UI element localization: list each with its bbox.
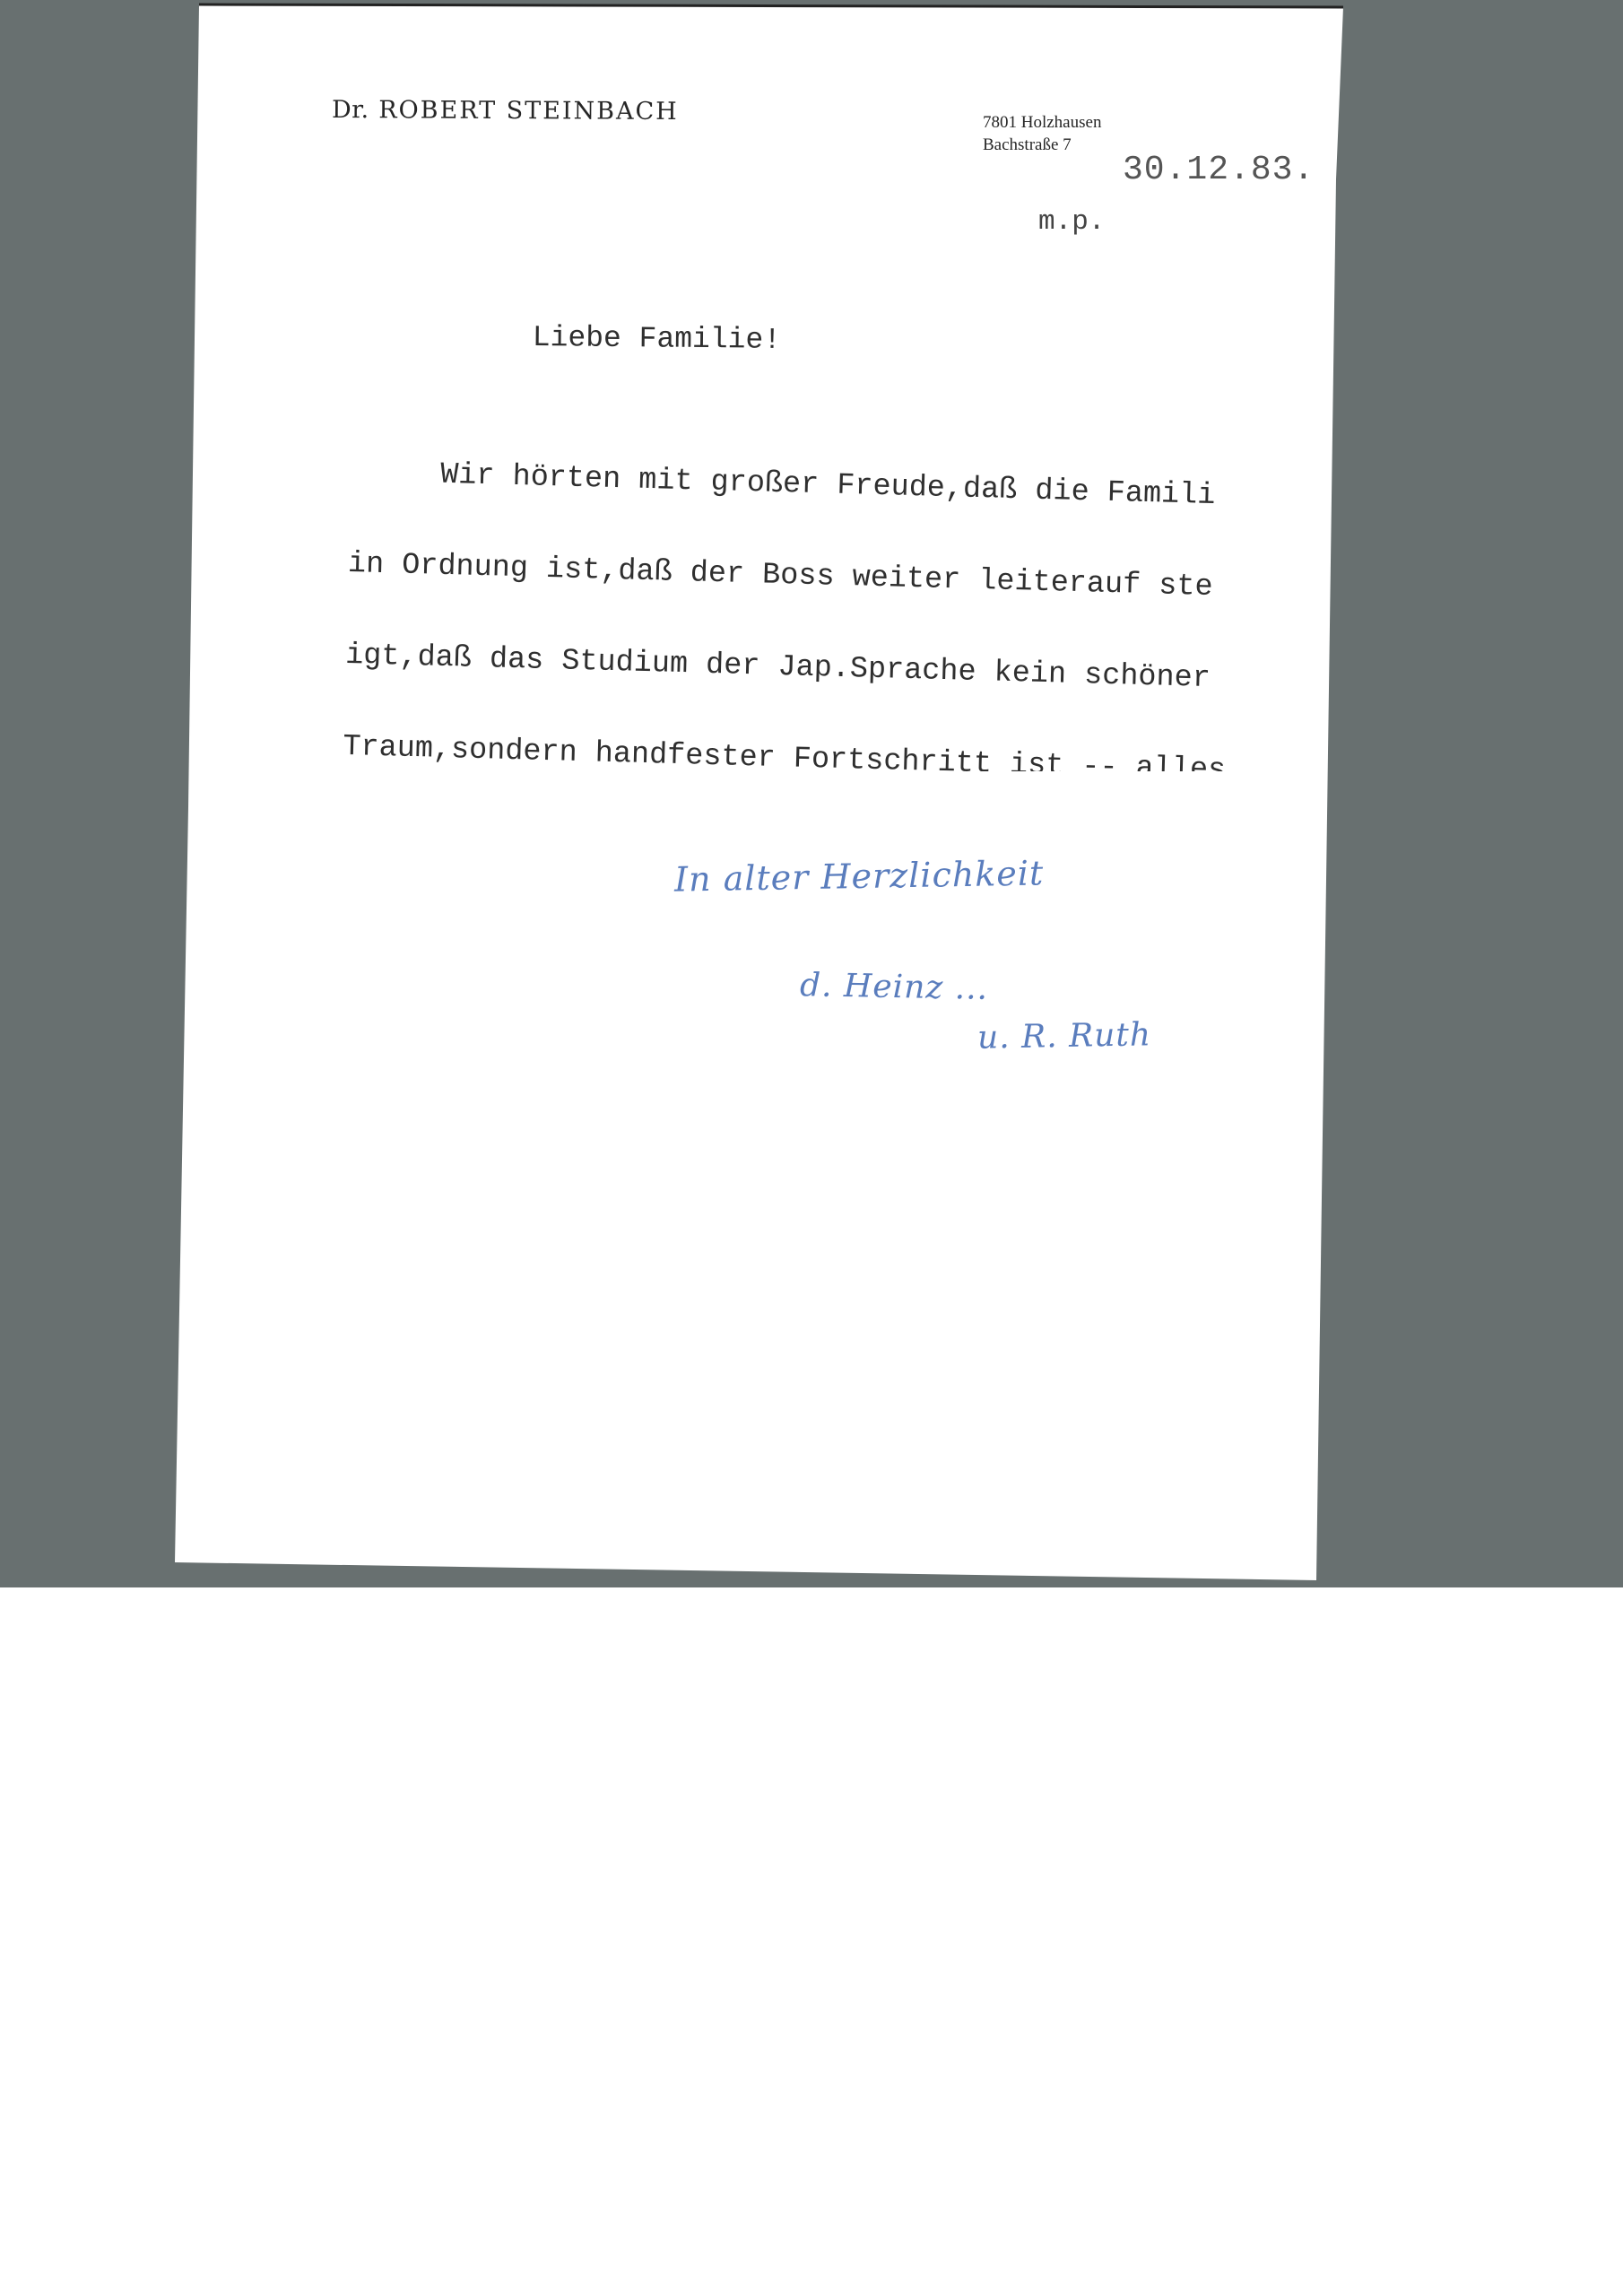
handwritten-signature-1: d. Heinz ... — [800, 967, 989, 1007]
body-line: Wir hörten mit großer Freude,daß die Fam… — [350, 457, 1234, 512]
body-line: igt,daß das Studium der Jap.Sprache kein… — [345, 640, 1229, 695]
handwritten-signature-2: u. R. Ruth — [977, 1016, 1152, 1056]
letter-page: Dr. ROBERT STEINBACH 7801 Holzhausen Bac… — [0, 0, 1623, 1587]
body-line: in Ordnung ist,daß der Boss weiter leite… — [347, 549, 1231, 604]
handwritten-closing: In alter Herzlichkeit — [674, 853, 1045, 899]
